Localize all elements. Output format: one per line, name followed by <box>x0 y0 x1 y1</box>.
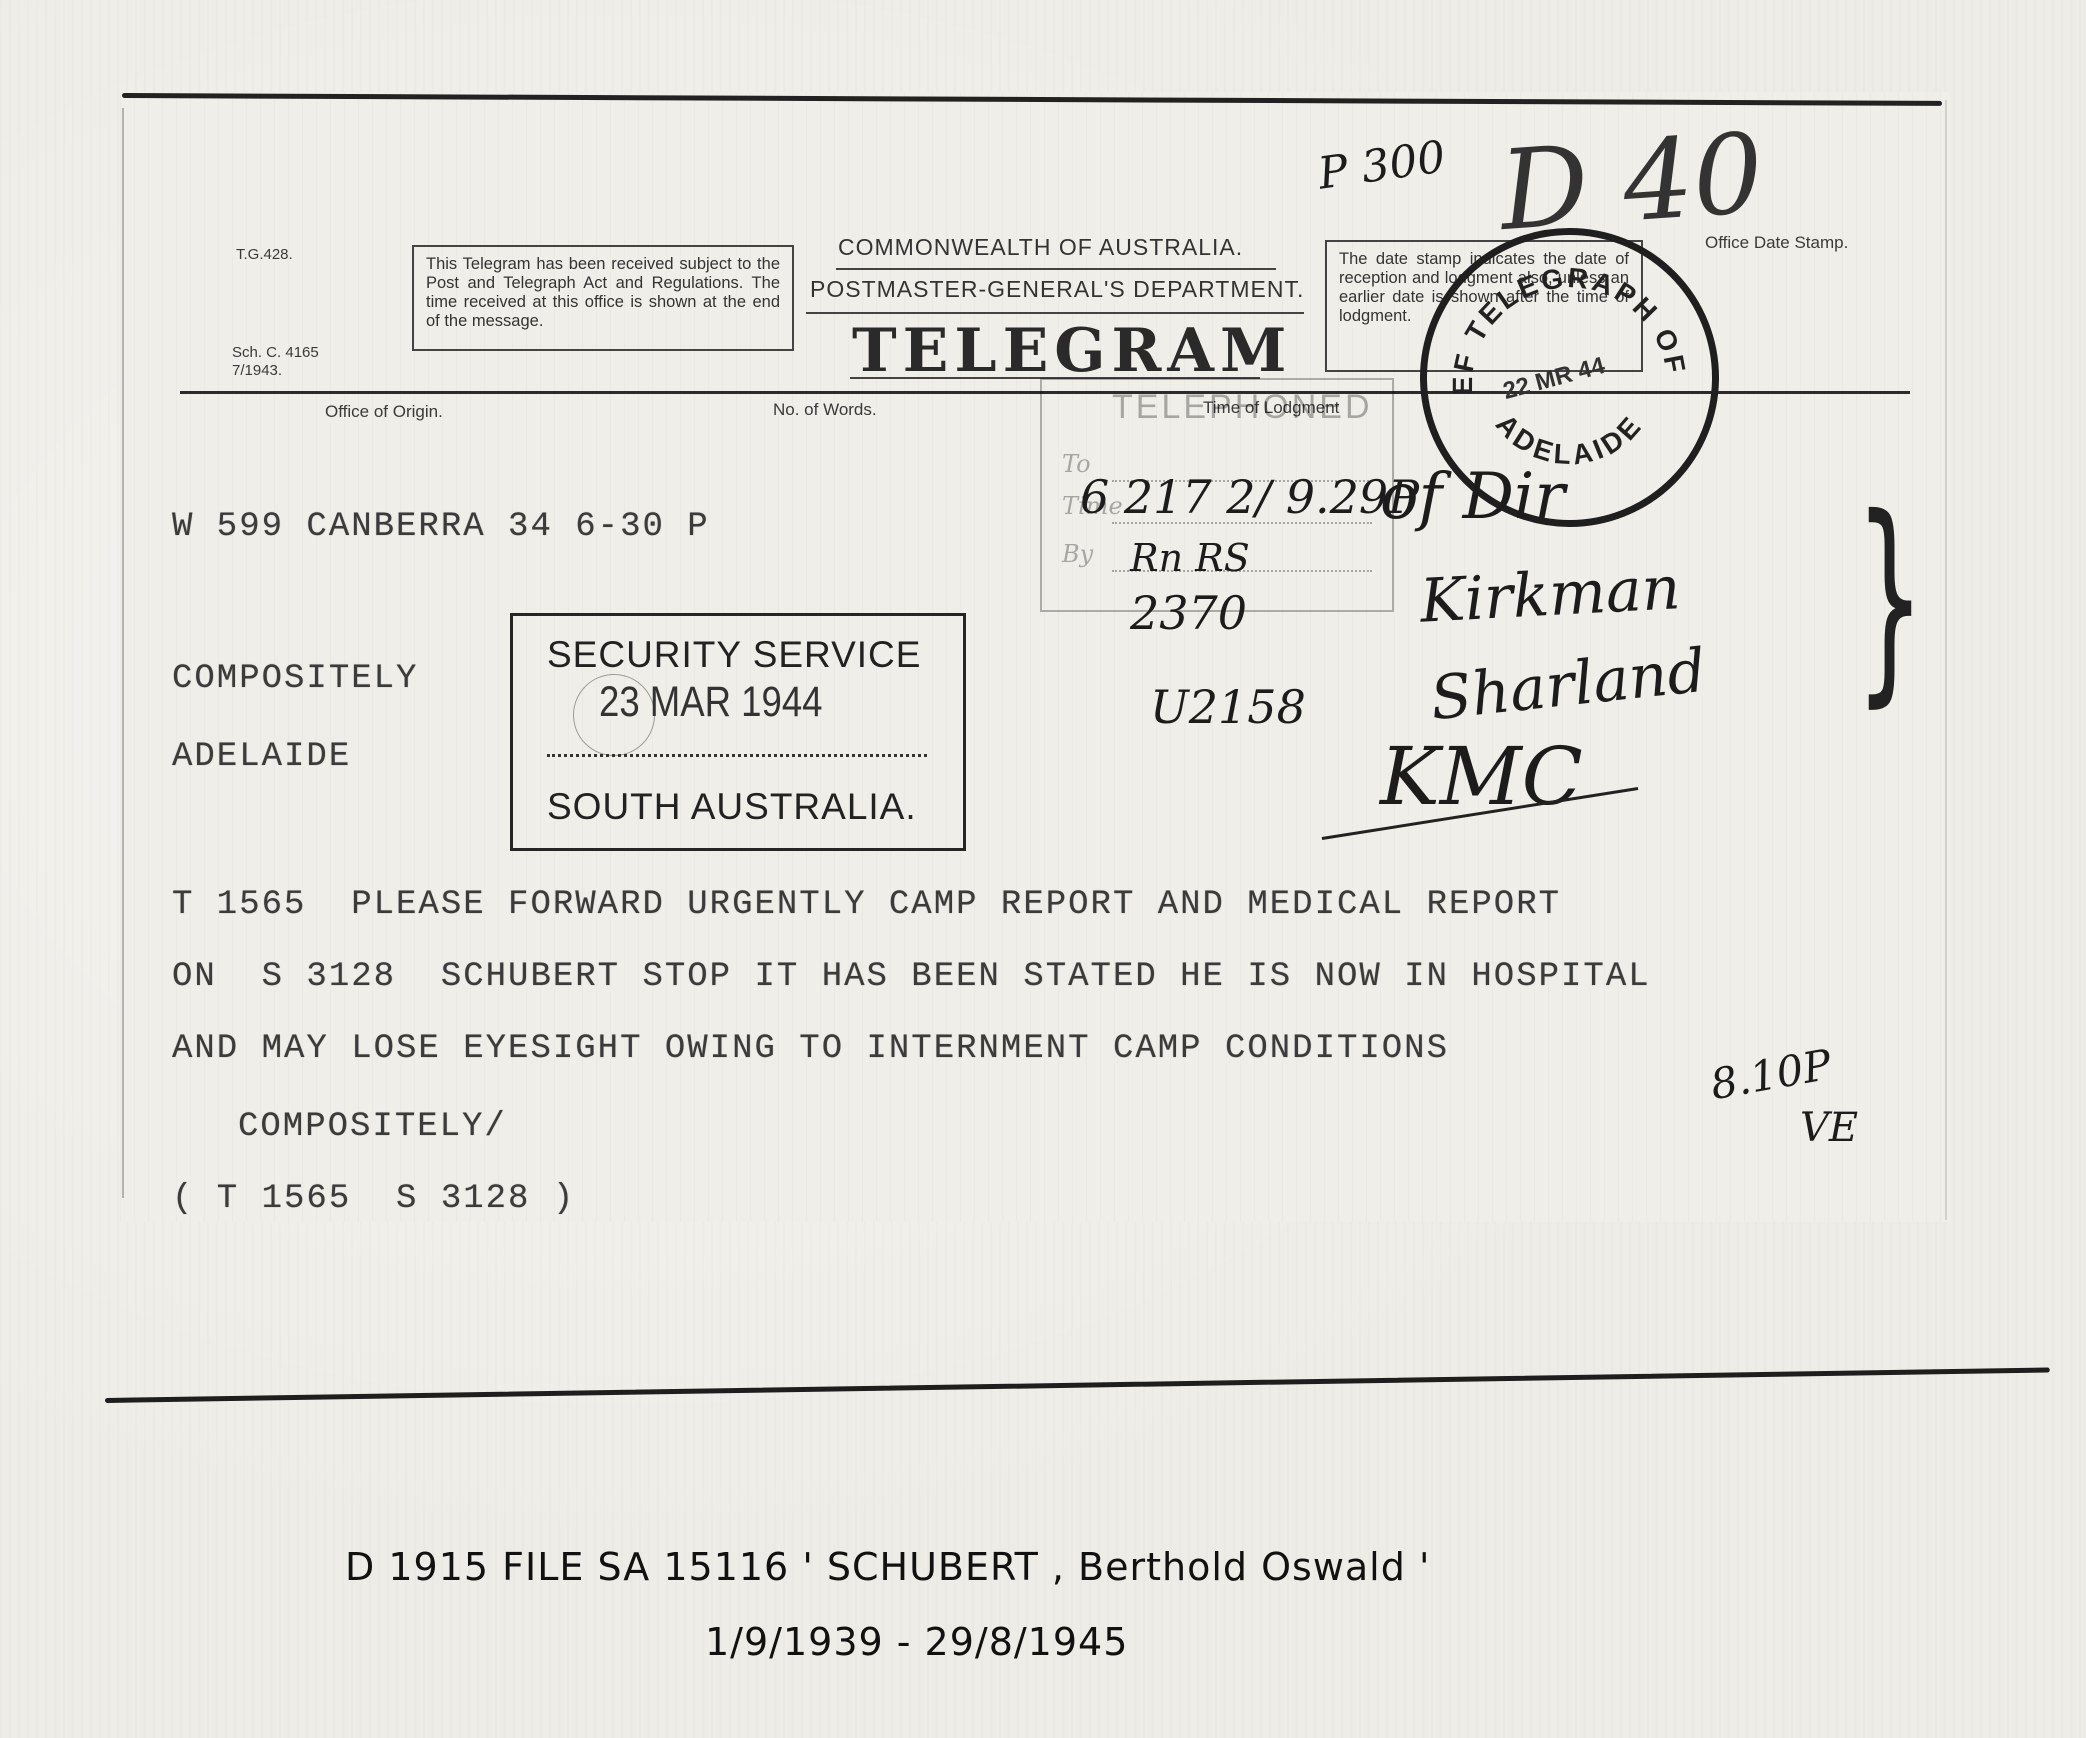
security-stamp-divider <box>547 754 927 757</box>
handwritten-initials: KMC <box>1380 730 1583 823</box>
message-body-line-1: T 1565 PLEASE FORWARD URGENTLY CAMP REPO… <box>172 886 1561 924</box>
header-rule-2 <box>806 312 1304 314</box>
label-no-of-words: No. of Words. <box>773 400 877 420</box>
schedule-code: Sch. C. 4165 <box>232 344 319 361</box>
message-body-line-2: ON S 3128 SCHUBERT STOP IT HAS BEEN STAT… <box>172 958 1651 996</box>
security-service-stamp: SECURITY SERVICE 23 MAR 1944 SOUTH AUSTR… <box>510 613 966 851</box>
form-code: T.G.428. <box>236 246 293 263</box>
message-body-line-3: AND MAY LOSE EYESIGHT OWING TO INTERNMEN… <box>172 1030 1449 1068</box>
handwritten-phoned-time: 6 217 2/ 9.29P <box>1080 470 1419 524</box>
page-title: TELEGRAM <box>852 316 1292 386</box>
message-header-line: W 599 CANBERRA 34 6-30 P <box>172 508 710 546</box>
archive-caption-file: D 1915 FILE SA 15116 ' SCHUBERT , Bertho… <box>345 1545 1430 1589</box>
security-stamp-region: SOUTH AUSTRALIA. <box>547 786 917 828</box>
handwritten-clerk-initials: VE <box>1800 1105 1858 1151</box>
security-stamp-date: 23 MAR 1944 <box>599 678 822 727</box>
header-rule-1 <box>836 268 1276 270</box>
handwritten-of-dir: of Dir <box>1380 460 1565 534</box>
label-office-of-origin: Office of Origin. <box>325 402 443 422</box>
handwritten-phoned-initials: Rn RS <box>1130 536 1250 580</box>
archive-caption-dates: 1/9/1939 - 29/8/1945 <box>705 1620 1128 1664</box>
handwritten-2370: 2370 <box>1130 586 1247 640</box>
right-edge <box>1945 100 1947 1220</box>
handwritten-u2158: U2158 <box>1150 680 1306 734</box>
message-addressee: COMPOSITELY <box>172 660 418 698</box>
handwritten-d40: D 40 <box>1496 109 1767 255</box>
header-commonwealth: COMMONWEALTH OF AUSTRALIA. <box>838 234 1243 261</box>
left-edge <box>122 108 124 1198</box>
handwritten-brace: } <box>1855 470 1925 726</box>
telephoned-by-label: By <box>1062 540 1093 568</box>
handwritten-kirkman: Kirkman <box>1418 553 1682 637</box>
security-stamp-title: SECURITY SERVICE <box>547 634 921 676</box>
message-reference: ( T 1565 S 3128 ) <box>172 1180 575 1218</box>
message-destination: ADELAIDE <box>172 738 351 776</box>
notice-received-box: This Telegram has been received subject … <box>412 245 794 351</box>
schedule-date: 7/1943. <box>232 362 282 379</box>
telephoned-title: TELEPHONED <box>1112 388 1373 427</box>
header-department: POSTMASTER-GENERAL'S DEPARTMENT. <box>810 276 1304 303</box>
message-signature: COMPOSITELY/ <box>238 1108 507 1146</box>
